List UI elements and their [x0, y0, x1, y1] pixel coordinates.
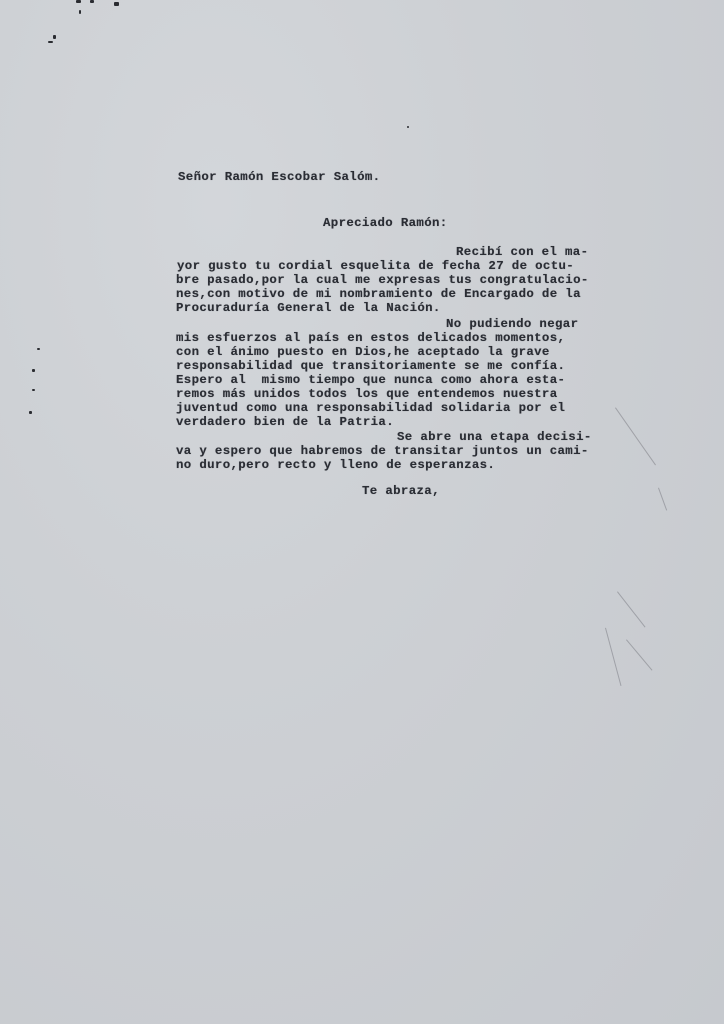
body-line: no duro,pero recto y lleno de esperanzas… — [176, 458, 495, 473]
ink-speck — [79, 10, 81, 14]
ink-speck — [37, 348, 40, 350]
body-line: va y espero que habremos de transitar ju… — [176, 444, 589, 459]
body-line: Recibí con el ma- — [456, 245, 588, 260]
body-line: Espero al mismo tiempo que nunca como ah… — [176, 373, 565, 388]
paper-crease — [605, 628, 621, 686]
body-line: verdadero bien de la Patria. — [176, 415, 394, 430]
paper-crease — [617, 591, 645, 627]
body-line: juventud como una responsabilidad solida… — [176, 401, 565, 416]
recipient-line: Señor Ramón Escobar Salóm. — [178, 170, 380, 185]
paper-crease — [615, 407, 656, 465]
ink-speck — [114, 2, 119, 6]
letter-page: Señor Ramón Escobar Salóm. Apreciado Ram… — [0, 0, 724, 1024]
ink-speck — [48, 41, 53, 43]
body-line: mis esfuerzos al país en estos delicados… — [176, 331, 565, 346]
ink-speck — [32, 389, 35, 391]
ink-speck — [53, 35, 56, 39]
body-line: nes,con motivo de mi nombramiento de Enc… — [176, 287, 581, 302]
ink-speck — [76, 0, 81, 3]
body-line: Se abre una etapa decisi- — [397, 430, 592, 445]
body-line: remos más unidos todos los que entendemo… — [176, 387, 558, 402]
salutation: Apreciado Ramón: — [323, 216, 448, 231]
body-line: yor gusto tu cordial esquelita de fecha … — [177, 259, 574, 274]
body-line: No pudiendo negar — [446, 317, 578, 332]
ink-speck — [407, 126, 409, 128]
paper-crease — [626, 639, 652, 670]
closing: Te abraza, — [362, 484, 440, 499]
body-line: responsabilidad que transitoriamente se … — [176, 359, 565, 374]
paper-crease — [658, 488, 667, 511]
ink-speck — [29, 411, 32, 414]
ink-speck — [32, 369, 35, 372]
body-line: Procuraduría General de la Nación. — [176, 301, 441, 316]
ink-speck — [90, 0, 94, 3]
body-line: con el ánimo puesto en Dios,he aceptado … — [176, 345, 550, 360]
body-line: bre pasado,por la cual me expresas tus c… — [176, 273, 589, 288]
